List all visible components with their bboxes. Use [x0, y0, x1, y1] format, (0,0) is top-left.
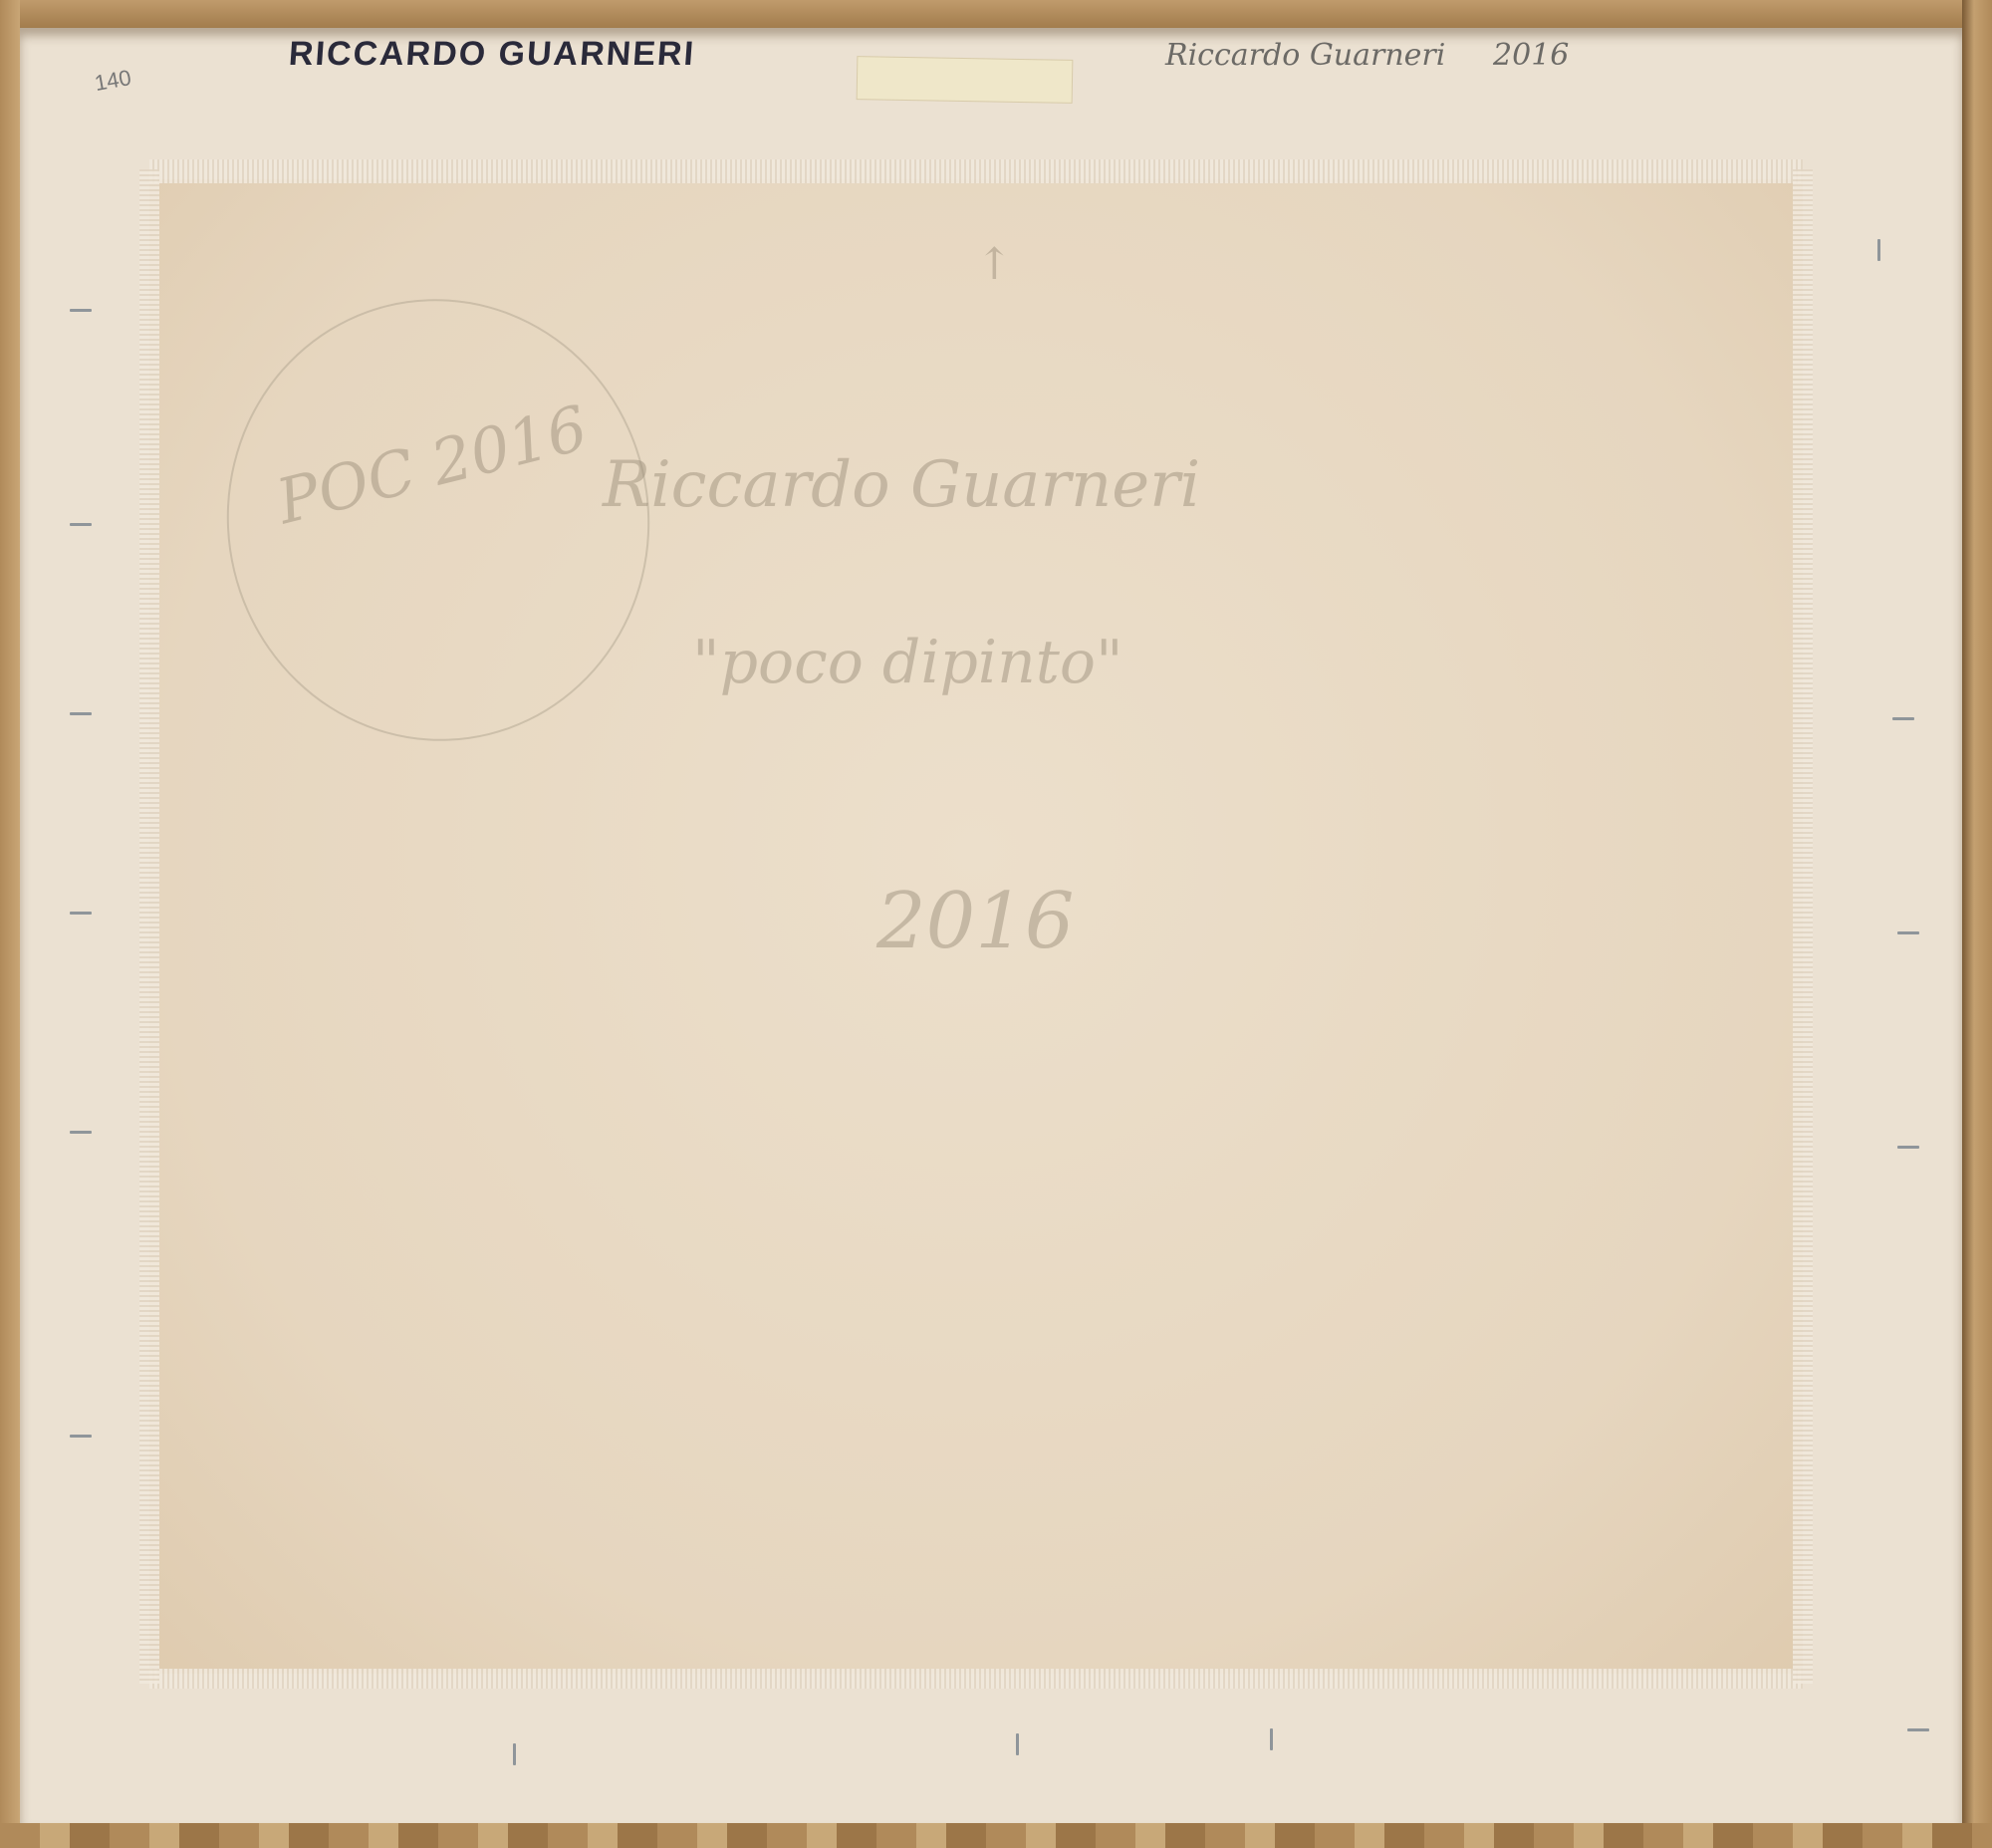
faint-title: "poco dipinto"	[692, 628, 1123, 697]
staple	[1877, 239, 1880, 261]
faint-signature: Riccardo Guarneri	[603, 448, 1200, 522]
masking-tape	[857, 56, 1074, 104]
pencil-signature-text: Riccardo Guarneri	[1165, 38, 1445, 73]
staple	[70, 712, 92, 715]
staple	[1907, 1728, 1929, 1731]
staple	[70, 309, 92, 312]
staple	[70, 523, 92, 526]
frayed-edge-right	[1793, 169, 1813, 1684]
frame-edge-right	[1962, 0, 1992, 1848]
frayed-edge-bottom	[149, 1669, 1803, 1689]
pencil-year-text: 2016	[1493, 38, 1569, 73]
staple	[70, 912, 92, 915]
frayed-edge-left	[139, 169, 159, 1684]
artist-name-marker: RICCARDO GUARNERI	[288, 35, 697, 74]
staple	[1897, 931, 1919, 934]
staple	[1270, 1728, 1273, 1750]
staple	[70, 1435, 92, 1438]
orientation-arrow-icon: ↑	[976, 239, 1013, 290]
staple	[1892, 717, 1914, 720]
faint-year: 2016	[876, 877, 1075, 966]
staple	[1897, 1146, 1919, 1149]
pencil-signature-top: Riccardo Guarneri 2016	[1165, 38, 1569, 73]
frame-edge-bottom	[0, 1823, 1992, 1848]
frayed-edge-top	[149, 159, 1803, 183]
staple	[70, 1131, 92, 1134]
staple	[1016, 1733, 1019, 1755]
frame-edge-left	[0, 0, 20, 1848]
staple	[513, 1743, 516, 1765]
